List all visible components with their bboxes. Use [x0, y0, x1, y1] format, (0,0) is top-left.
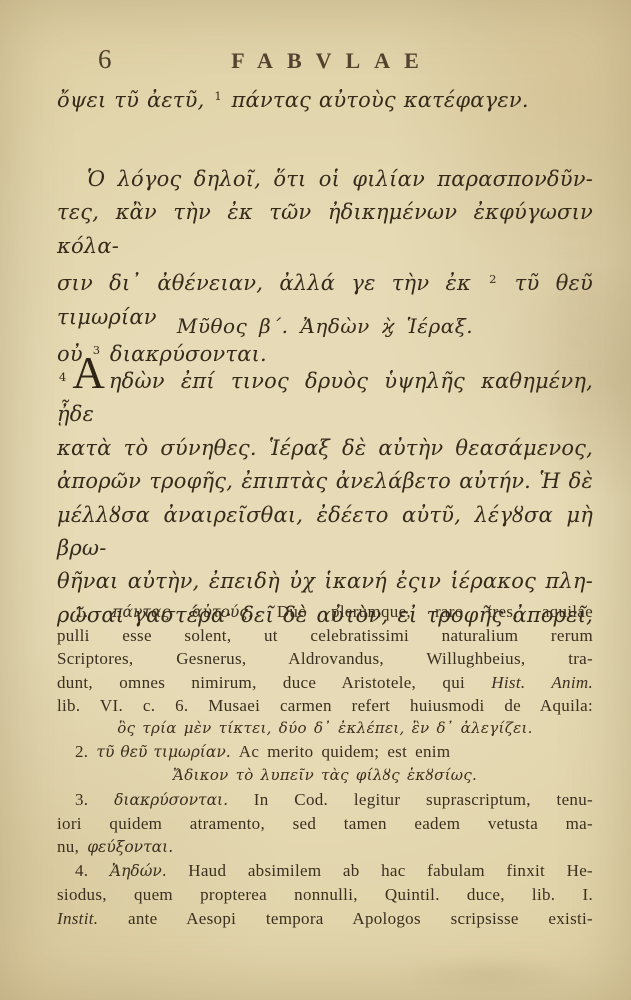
text-line: θῆναι αὐτὴν, ἐπειδὴ ὐχ ἱκανή ἐςιν ἱέρακο…: [57, 565, 593, 598]
text-line: nu, φεύξονται.: [57, 835, 593, 859]
initial-capital: Α: [68, 348, 109, 398]
paper-stain: [400, 955, 580, 995]
text-line: 4Αηδὼν ἐπί τινος δρυὸς ὑψηλῆς καθημένη, …: [57, 357, 593, 432]
text-segment: ὄψει τῦ ἀετῦ,: [57, 88, 212, 112]
text-line: siodus, quem propterea nonnulli, Quintil…: [57, 883, 593, 906]
text-line: κατὰ τὸ σύνηθες. Ἱέραξ δὲ αὐτὴν θεασάμεν…: [57, 432, 593, 465]
text-segment: In Cod. legitur suprascriptum, tenu-: [228, 790, 593, 809]
footnote-marker: 4: [57, 370, 68, 384]
text-line: τες, κἂν τὴν ἐκ τῶν ἠδικημένων ἐκφύγωσιν…: [57, 196, 593, 263]
text-line: dunt, omnes nimirum, duce Aristotele, qu…: [57, 671, 593, 694]
text-line: 4. Ἀηδών. Haud absimilem ab hac fabulam …: [57, 859, 593, 883]
text-segment: nu,: [57, 837, 87, 856]
text-segment: κατὰ τὸ σύνηθες. Ἱέραξ δὲ αὐτὴν θεασάμεν…: [57, 436, 593, 460]
text-segment: θῆναι αὐτὴν, ἐπειδὴ ὐχ ἱκανή ἐςιν ἱέρακο…: [57, 569, 593, 593]
text-segment: πάντας αὐτοὺς κατέφαγεν.: [224, 88, 529, 112]
text-line: iori quidem atramento, sed tamen eadem v…: [57, 812, 593, 835]
text-line: 3. διακρύσονται. In Cod. legitur suprasc…: [57, 788, 593, 812]
text-segment: lib. VI. c. 6. Musaei carmen refert huiu…: [57, 696, 593, 715]
fable-heading: Μῦθος β΄. Ἀηδὼν ϗ̀ Ἱέραξ.: [57, 314, 593, 338]
text-line: ὄψει τῦ ἀετῦ, 1 πάντας αὐτοὺς κατέφαγεν.: [57, 80, 593, 117]
text-segment: ante Aesopi tempora Apologos scripsisse …: [98, 909, 593, 928]
text-segment: Ac merito quidem; est enim: [231, 742, 451, 761]
text-line: Instit. ante Aesopi tempora Apologos scr…: [57, 907, 593, 930]
text-segment: σιν δι᾽ ἀθένειαν, ἀλλά γε τὴν ἐκ: [57, 271, 487, 295]
text-line: Ἄδικον τὸ λυπεῖν τὰς φίλȣς ἑκȣσίως.: [57, 764, 593, 787]
footnote-marker: 1: [212, 89, 223, 103]
text-segment: Duo plerumque, raro tres, aquilae: [253, 602, 593, 621]
text-line: lib. VI. c. 6. Musaei carmen refert huiu…: [57, 694, 593, 717]
text-segment: Hist. Anim.: [491, 673, 593, 692]
text-segment: pulli esse solent, ut celebratissimi nat…: [57, 626, 593, 645]
opening-continuation-line: ὄψει τῦ ἀετῦ, 1 πάντας αὐτοὺς κατέφαγεν.: [57, 80, 593, 117]
text-segment: 1.: [75, 602, 112, 621]
text-segment: ηδὼν ἐπί τινος δρυὸς ὑψηλῆς καθημένη, ᾖδ…: [57, 369, 593, 426]
text-line: ἀπορῶν τροφῆς, ἐπιπτὰς ἀνελάβετο αὐτήν. …: [57, 465, 593, 498]
book-page: 6 FABVLAE ὄψει τῦ ἀετῦ, 1 πάντας αὐτοὺς …: [0, 0, 631, 1000]
footnote-marker: 2: [487, 272, 498, 286]
text-line: μέλλȣσα ἀναιρεῖσθαι, ἐδέετο αὐτῦ, λέγȣσα…: [57, 499, 593, 566]
text-line: pulli esse solent, ut celebratissimi nat…: [57, 624, 593, 647]
text-segment: dunt, omnes nimirum, duce Aristotele, qu…: [57, 673, 491, 692]
running-title: FABVLAE: [57, 48, 593, 74]
text-segment: Ἄδικον τὸ λυπεῖν τὰς φίλȣς ἑκȣσίως.: [173, 766, 477, 784]
text-segment: τες, κἂν τὴν ἐκ τῶν ἠδικημένων ἐκφύγωσιν…: [57, 200, 593, 257]
text-line: 1. πάντας αὐτούς. Duo plerumque, raro tr…: [57, 600, 593, 624]
text-segment: siodus, quem propterea nonnulli, Quintil…: [57, 885, 593, 904]
text-line: ὃς τρία μὲν τίκτει, δύο δ᾽ ἐκλέπει, ἓν δ…: [57, 717, 593, 740]
text-segment: 4.: [75, 861, 110, 880]
text-segment: 2.: [75, 742, 96, 761]
text-segment: διακρύσονται.: [114, 791, 228, 809]
text-line: Scriptores, Gesnerus, Aldrovandus, Willu…: [57, 647, 593, 670]
text-segment: 3.: [75, 790, 114, 809]
text-segment: φεύξονται.: [87, 838, 173, 856]
text-segment: μέλλȣσα ἀναιρεῖσθαι, ἐδέετο αὐτῦ, λέγȣσα…: [57, 503, 593, 560]
footnotes-section: 1. πάντας αὐτούς. Duo plerumque, raro tr…: [57, 600, 593, 930]
text-segment: τῦ θεῦ τιμωρίαν.: [96, 743, 230, 761]
text-segment: Haud absimilem ab hac fabulam finxit He-: [167, 861, 593, 880]
text-segment: Scriptores, Gesnerus, Aldrovandus, Willu…: [57, 649, 593, 668]
text-line: Ὁ λόγος δηλοῖ, ὅτι οἱ φιλίαν παρασπονδῦν…: [57, 163, 593, 196]
text-segment: Ὁ λόγος δηλοῖ, ὅτι οἱ φιλίαν παρασπονδῦν…: [87, 167, 593, 191]
text-segment: iori quidem atramento, sed tamen eadem v…: [57, 814, 593, 833]
text-segment: ἀπορῶν τροφῆς, ἐπιπτὰς ἀνελάβετο αὐτήν. …: [57, 469, 593, 493]
text-segment: Instit.: [57, 909, 98, 928]
text-segment: πάντας αὐτούς.: [112, 603, 253, 621]
text-line: 2. τῦ θεῦ τιμωρίαν. Ac merito quidem; es…: [57, 740, 593, 764]
text-segment: Ἀηδών.: [110, 862, 167, 880]
moral-paragraph: Ὁ λόγος δηλοῖ, ὅτι οἱ φιλίαν παρασπονδῦν…: [57, 163, 593, 371]
fable-paragraph: 4Αηδὼν ἐπί τινος δρυὸς ὑψηλῆς καθημένη, …: [57, 357, 593, 632]
text-segment: ὃς τρία μὲν τίκτει, δύο δ᾽ ἐκλέπει, ἓν δ…: [117, 719, 532, 737]
